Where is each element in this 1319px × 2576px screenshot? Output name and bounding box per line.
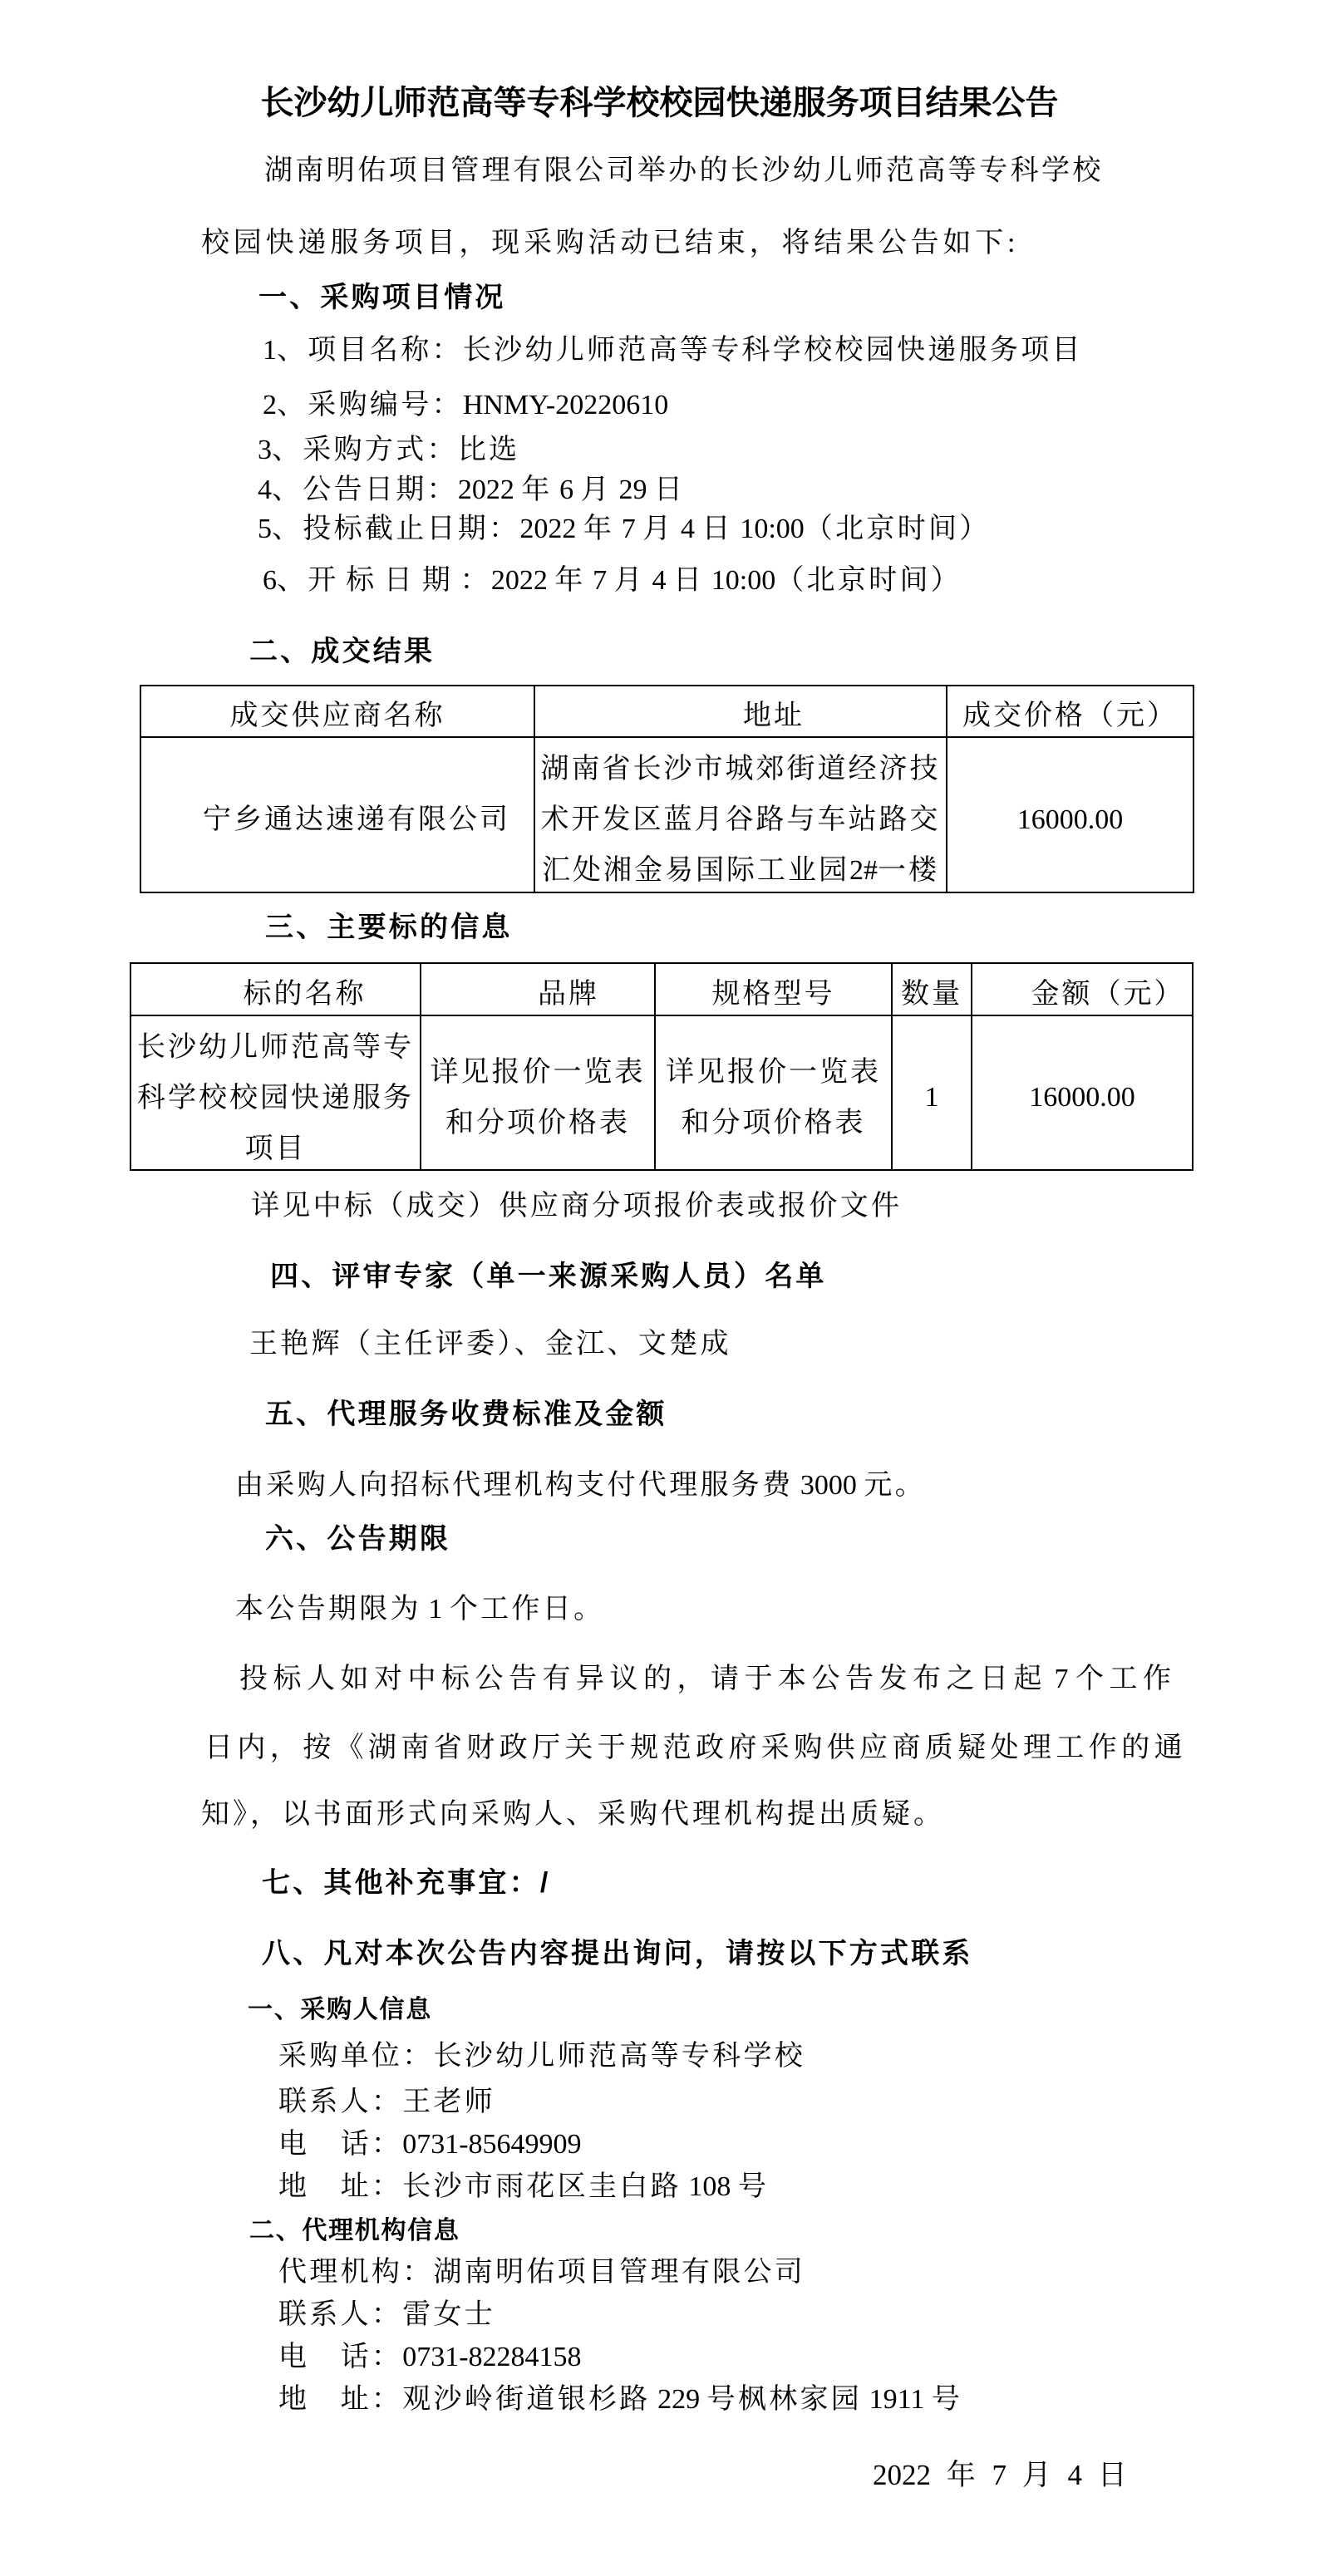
header-label: 标的名称: [244, 978, 367, 1011]
latin-run: 2: [263, 390, 277, 420]
address-line: 术开发区蓝月谷路与车站路交: [541, 794, 941, 845]
field-label: 联系人：: [278, 2087, 402, 2117]
field-value: 长沙市雨花区圭白路 108 号: [402, 2171, 769, 2202]
latin-run: 29: [612, 474, 654, 505]
header-supplier-name: 成交供应商名称: [141, 686, 535, 738]
section-7-heading: 七、其他补充事宜：/: [262, 1866, 548, 1900]
item-announcement-date: 4、公告日期：2022 年 6 月 29 日: [258, 474, 685, 507]
item-value: 长沙幼儿师范高等专科学校校园快递服务项目: [463, 335, 1083, 366]
header-amount: 金额（元）: [972, 964, 1192, 1016]
agency-info-title: 二、代理机构信息: [249, 2216, 460, 2246]
latin-run: 16000.00: [1029, 1082, 1135, 1113]
latin-run: 0731-82284158: [402, 2342, 581, 2372]
header-label: 成交供应商名称: [230, 700, 445, 733]
latin-run: 4: [674, 514, 702, 544]
latin-run: [453, 565, 460, 596]
cell-quantity: 1: [893, 1016, 972, 1169]
item-label: 1、项目名称：: [263, 335, 463, 366]
amount-value: 16000.00: [1029, 1081, 1135, 1114]
section-8-heading: 八、凡对本次公告内容提出询问，请按以下方式联系: [262, 1937, 973, 1970]
field-value: 0731-82284158: [402, 2342, 581, 2372]
field-label: 采购单位：: [278, 2041, 434, 2072]
item-label: 5、投标截止日期：: [258, 514, 519, 544]
latin-run: 7: [586, 565, 614, 596]
deal-price: 16000.00: [1017, 804, 1124, 837]
header-label: 品牌: [538, 978, 599, 1011]
latin-run: 5: [258, 514, 272, 544]
purchaser-info-title: 一、采购人信息: [248, 1995, 432, 2025]
latin-run: 2#: [849, 855, 878, 886]
objection-line-2: 日内，按《湖南省财政厅关于规范政府采购供应商质疑处理工作的通: [204, 1732, 1187, 1765]
item-bid-deadline: 5、投标截止日期：2022 年 7 月 4 日 10:00（北京时间）: [258, 513, 991, 546]
purchaser-phone: 电 话：0731-85649909: [278, 2128, 582, 2161]
latin-run: 1: [421, 1594, 450, 1625]
field-value: 湖南明佑项目管理有限公司: [434, 2257, 806, 2288]
item-bid-opening-date: 6、开 标 日 期 ：2022 年 7 月 4 日 10:00（北京时间）: [263, 564, 962, 597]
item-project-name: 1、项目名称：长沙幼儿师范高等专科学校校园快递服务项目: [263, 334, 1083, 367]
field-label: 代理机构：: [278, 2257, 434, 2288]
header-label: 成交价格（元）: [962, 700, 1178, 733]
purchaser-address: 地 址：长沙市雨花区圭白路 108 号: [278, 2170, 769, 2204]
latin-run: 1: [925, 1082, 939, 1113]
latin-run: :: [1007, 228, 1015, 258]
agency-address: 地 址：观沙岭街道银杉路 229 号枫林家园 1911 号: [278, 2383, 962, 2416]
document-title: 长沙幼儿师范高等专科学校校园快递服务项目结果公告: [0, 83, 1319, 123]
cell-spec-model: 详见报价一览表 和分项价格表: [656, 1016, 893, 1169]
latin-run: 3000: [793, 1470, 864, 1501]
agency-phone: 电 话：0731-82284158: [278, 2341, 582, 2374]
item-value: 2022 年 6 月 29 日: [458, 474, 685, 505]
deal-result-table: 成交供应商名称 地址 成交价格（元） 宁乡通达速递有限公司 湖南省长沙市城郊街道…: [140, 685, 1194, 893]
latin-run: 7: [1047, 1664, 1075, 1694]
header-address: 地址: [535, 686, 947, 738]
latin-run: HNMY-20220610: [463, 390, 668, 420]
item-label: 6、开 标 日 期 ：: [263, 565, 491, 596]
item-label: 3、采购方式：: [258, 435, 458, 465]
latin-run: 3: [258, 435, 272, 465]
section-3-heading: 三、主要标的信息: [265, 911, 513, 944]
section-5-heading: 五、代理服务收费标准及金额: [265, 1398, 667, 1431]
section-6-heading: 六、公告期限: [265, 1522, 450, 1556]
field-value: 长沙幼儿师范高等专科学校: [434, 2041, 806, 2072]
quantity-value: 1: [925, 1081, 939, 1114]
agency-fee-text: 由采购人向招标代理机构支付代理服务费 3000 元。: [235, 1469, 926, 1502]
latin-run: 0731-85649909: [402, 2129, 581, 2160]
section-4-heading: 四、评审专家（单一来源采购人员）名单: [270, 1260, 827, 1293]
field-value: 观沙岭街道银杉路 229 号枫林家园 1911 号: [402, 2384, 962, 2415]
latin-run: 16000.00: [1017, 804, 1124, 835]
agency-name: 代理机构：湖南明佑项目管理有限公司: [278, 2256, 805, 2289]
cell-brand: 详见报价一览表 和分项价格表: [421, 1016, 656, 1169]
field-label: 联系人：: [278, 2299, 402, 2330]
announcement-period-text: 本公告期限为 1 个工作日。: [235, 1593, 604, 1626]
latin-run: /: [540, 1867, 548, 1899]
header-subject-name: 标的名称: [131, 964, 421, 1016]
spec-line: 和分项价格表: [682, 1098, 866, 1148]
item-label: 4、公告日期：: [258, 474, 458, 505]
objection-line-1: 投标人如对中标公告有异议的，请于本公告发布之日起 7 个工作: [239, 1663, 1177, 1696]
field-value: 0731-85649909: [402, 2129, 581, 2160]
field-value: 雷女士: [402, 2299, 495, 2330]
latin-run: [377, 565, 384, 596]
signature-date: 2022 年 7 月 4 日: [873, 2459, 1128, 2492]
item-value: HNMY-20220610: [463, 390, 668, 420]
latin-run: 6: [263, 565, 277, 596]
latin-run: 2022: [491, 565, 555, 596]
header-label: 规格型号: [712, 978, 835, 1011]
cell-address: 湖南省长沙市城郊街道经济技 术开发区蓝月谷路与车站路交 汇处湘金易国际工业园2#…: [535, 738, 947, 892]
intro-line-1: 湖南明佑项目管理有限公司举办的长沙幼儿师范高等专科学校: [264, 155, 1104, 188]
field-label: 电 话：: [278, 2342, 402, 2372]
subject-name-line: 科学校校园快递服务: [137, 1073, 414, 1123]
purchaser-unit: 采购单位：长沙幼儿师范高等专科学校: [278, 2040, 805, 2073]
item-value: 比选: [458, 435, 520, 465]
cell-supplier-name: 宁乡通达速递有限公司: [141, 738, 535, 892]
latin-run: 4: [645, 565, 673, 596]
supplier-name: 宁乡通达速递有限公司: [203, 804, 510, 837]
latin-run: 2022: [519, 514, 583, 544]
latin-run: 10:00: [733, 514, 805, 544]
field-value: 王老师: [402, 2087, 495, 2117]
agency-contact: 联系人：雷女士: [278, 2298, 495, 2332]
latin-run: 229: [651, 2384, 707, 2415]
header-quantity: 数量: [893, 964, 972, 1016]
latin-run: 7: [977, 2459, 1022, 2491]
purchaser-contact: 联系人：王老师: [278, 2086, 495, 2119]
intro-line-2: 校园快递服务项目，现采购活动已结束，将结果公告如下:: [201, 227, 1015, 260]
objection-line-3: 知》，以书面形式向采购人、采购代理机构提出质疑。: [201, 1798, 945, 1831]
latin-run: 6: [553, 474, 581, 505]
spec-line: 详见报价一览表: [666, 1047, 881, 1098]
latin-run: 7: [614, 514, 642, 544]
subject-name-line: 项目: [245, 1123, 307, 1170]
latin-run: [415, 565, 422, 596]
header-brand: 品牌: [421, 964, 656, 1016]
cell-amount: 16000.00: [972, 1016, 1192, 1169]
item-procurement-method: 3、采购方式：比选: [258, 434, 519, 467]
header-label: 金额（元）: [1031, 978, 1185, 1011]
section-2-heading: 二、成交结果: [249, 635, 435, 668]
header-label: 数量: [901, 978, 962, 1011]
review-experts: 王艳辉（主任评委）、金江、文楚成: [249, 1328, 731, 1361]
cell-subject-name: 长沙幼儿师范高等专 科学校校园快递服务 项目: [131, 1016, 421, 1169]
section-1-heading: 一、采购项目情况: [258, 281, 506, 314]
document-page: 长沙幼儿师范高等专科学校校园快递服务项目结果公告 湖南明佑项目管理有限公司举办的…: [0, 0, 1319, 2576]
item-value: 2022 年 7 月 4 日 10:00（北京时间）: [519, 514, 990, 544]
address-line: 湖南省长沙市城郊街道经济技: [541, 744, 941, 794]
field-label: 电 话：: [278, 2129, 402, 2160]
item-label: 2、采购编号：: [263, 390, 463, 420]
header-spec-model: 规格型号: [656, 964, 893, 1016]
field-label: 地 址：: [278, 2171, 402, 2202]
latin-run: 4: [1052, 2459, 1098, 2491]
latin-run: 1911: [862, 2384, 932, 2415]
section-3-note: 详见中标（成交）供应商分项报价表或报价文件: [251, 1190, 902, 1223]
latin-run: 2022: [873, 2459, 947, 2491]
item-value: 2022 年 7 月 4 日 10:00（北京时间）: [491, 565, 962, 596]
field-label: 地 址：: [278, 2384, 402, 2415]
latin-run: 1: [263, 335, 277, 366]
subject-name-line: 长沙幼儿师范高等专: [137, 1022, 414, 1073]
brand-line: 和分项价格表: [445, 1098, 630, 1148]
latin-run: [339, 565, 347, 596]
header-deal-price: 成交价格（元）: [947, 686, 1193, 738]
latin-run: 10:00: [704, 565, 775, 596]
brand-line: 详见报价一览表: [431, 1047, 646, 1098]
latin-run: 4: [258, 474, 272, 505]
item-procurement-number: 2、采购编号：HNMY-20220610: [263, 389, 668, 422]
latin-run: 2022: [458, 474, 522, 505]
main-subject-table: 标的名称 品牌 规格型号 数量 金额（元） 长沙幼儿师范高等专 科学校校园快递服…: [130, 962, 1193, 1171]
latin-run: 108: [682, 2171, 738, 2202]
cell-deal-price: 16000.00: [947, 738, 1193, 892]
address-line: 汇处湘金易国际工业园2#一楼: [542, 845, 939, 892]
header-label: 地址: [743, 700, 805, 733]
